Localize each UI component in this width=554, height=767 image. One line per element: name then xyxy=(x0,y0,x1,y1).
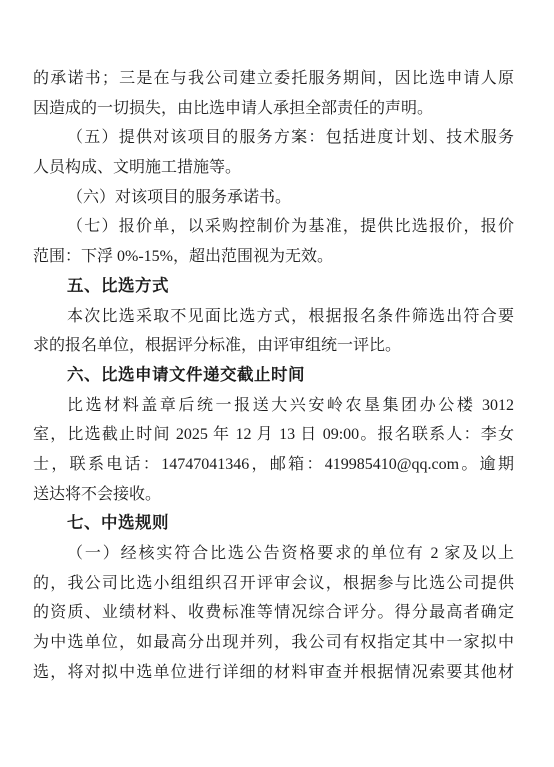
paragraph-block: （五）提供对该项目的服务方案：包括进度计划、技术服务人员构成、文明施工措施等。 xyxy=(33,123,514,182)
document-line: 本次比选采取不见面比选方式，根据报名条件筛选出符合要 xyxy=(33,302,514,332)
document-line: 求的报名单位，根据评分标准，由评审组统一评比。 xyxy=(33,331,514,361)
document-line: （五）提供对该项目的服务方案：包括进度计划、技术服务 xyxy=(33,123,514,153)
document-line: 比选材料盖章后统一报送大兴安岭农垦集团办公楼 3012 xyxy=(33,391,514,421)
document-page: 的承诺书；三是在与我公司建立委托服务期间，因比选申请人原因造成的一切损失，由比选… xyxy=(0,0,554,767)
document-line: 的，我公司比选小组组织召开评审会议，根据参与比选公司提供 xyxy=(33,569,514,599)
paragraph-block: （一）经核实符合比选公告资格要求的单位有 2 家及以上的，我公司比选小组组织召开… xyxy=(33,539,514,687)
paragraph-block: 的承诺书；三是在与我公司建立委托服务期间，因比选申请人原因造成的一切损失，由比选… xyxy=(33,64,514,123)
document-line: 送达将不会接收。 xyxy=(33,480,514,510)
section-heading-block: 七、中选规则 xyxy=(33,509,514,539)
section-heading: 五、比选方式 xyxy=(33,272,514,302)
document-line: （七）报价单，以采购控制价为基准，提供比选报价，报价 xyxy=(33,212,514,242)
document-line: 的承诺书；三是在与我公司建立委托服务期间，因比选申请人原 xyxy=(33,64,514,94)
document-line: （六）对该项目的服务承诺书。 xyxy=(33,183,514,213)
document-line: 的资质、业绩材料、收费标准等情况综合评分。得分最高者确定 xyxy=(33,598,514,628)
document-line: 范围：下浮 0%-15%，超出范围视为无效。 xyxy=(33,242,514,272)
paragraph-block: 本次比选采取不见面比选方式，根据报名条件筛选出符合要求的报名单位，根据评分标准，… xyxy=(33,302,514,361)
section-heading-block: 五、比选方式 xyxy=(33,272,514,302)
section-heading-block: 六、比选申请文件递交截止时间 xyxy=(33,361,514,391)
paragraph-block: 比选材料盖章后统一报送大兴安岭农垦集团办公楼 3012室，比选截止时间 2025… xyxy=(33,391,514,510)
paragraph-block: （六）对该项目的服务承诺书。 xyxy=(33,183,514,213)
section-heading: 七、中选规则 xyxy=(33,509,514,539)
section-heading: 六、比选申请文件递交截止时间 xyxy=(33,361,514,391)
document-body: 的承诺书；三是在与我公司建立委托服务期间，因比选申请人原因造成的一切损失，由比选… xyxy=(33,64,514,687)
document-line: （一）经核实符合比选公告资格要求的单位有 2 家及以上 xyxy=(33,539,514,569)
document-line: 为中选单位，如最高分出现并列，我公司有权指定其中一家拟中 xyxy=(33,628,514,658)
document-line: 室，比选截止时间 2025 年 12 月 13 日 09:00。报名联系人：李女 xyxy=(33,420,514,450)
document-line: 士，联系电话：14747041346，邮箱：419985410@qq.com。逾… xyxy=(33,450,514,480)
document-line: 人员构成、文明施工措施等。 xyxy=(33,153,514,183)
document-line: 选，将对拟中选单位进行详细的材料审查并根据情况索要其他材 xyxy=(33,658,514,688)
paragraph-block: （七）报价单，以采购控制价为基准，提供比选报价，报价范围：下浮 0%-15%，超… xyxy=(33,212,514,271)
document-line: 因造成的一切损失，由比选申请人承担全部责任的声明。 xyxy=(33,94,514,124)
